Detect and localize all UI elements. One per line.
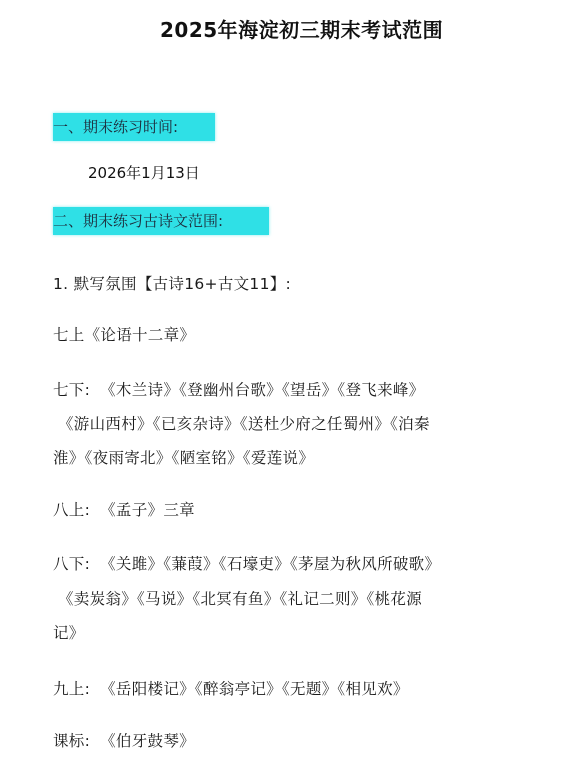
grade-label: 九上: [53, 680, 90, 698]
grade-8-second-term-line-2: 《卖炭翁》《马说》《北冥有鱼》《礼记二则》《桃花源 [58, 587, 422, 609]
exam-date: 2026年1月13日 [88, 162, 200, 183]
works-list: 《岳阳楼记》《醉翁亭记》《无题》《相见欢》 [100, 680, 409, 698]
grade-label: 七下: [53, 381, 90, 399]
works-list: 《关雎》《蒹葭》《石壕吏》《茅屋为秋风所破歌》 [100, 555, 440, 573]
grade-7-second-term-line-1: 七下:《木兰诗》《登幽州台歌》《望岳》《登飞来峰》 [53, 378, 424, 400]
works-list: 《木兰诗》《登幽州台歌》《望岳》《登飞来峰》 [100, 381, 424, 399]
grade-8-second-term-line-3: 记》 [53, 621, 85, 643]
grade-8-second-term-line-1: 八下:《关雎》《蒹葭》《石壕吏》《茅屋为秋风所破歌》 [53, 552, 440, 574]
grade-7-second-term-line-2: 《游山西村》《已亥杂诗》《送杜少府之任蜀州》《泊秦 [58, 412, 430, 434]
section-heading-classical-scope: 二、期末练习古诗文范围: [53, 207, 269, 235]
grade-9-first-term: 九上:《岳阳楼记》《醉翁亭记》《无题》《相见欢》 [53, 677, 409, 699]
works-list: 《伯牙鼓琴》 [100, 732, 195, 750]
works-list: 《孟子》三章 [100, 501, 195, 519]
memorization-label: 1. 默写氛围【古诗16+古文11】: [53, 272, 291, 294]
section-heading-exam-time: 一、期末练习时间: [53, 113, 215, 141]
grade-8-first-term: 八上:《孟子》三章 [53, 498, 195, 520]
grade-7-first-term: 七上《论语十二章》 [53, 323, 195, 345]
document-title: 2025年海淀初三期末考试范围 [160, 14, 480, 43]
grade-label: 八上: [53, 501, 90, 519]
grade-7-second-term-line-3: 淮》《夜雨寄北》《陋室铭》《爱莲说》 [53, 446, 314, 468]
curriculum-standard: 课标:《伯牙鼓琴》 [53, 729, 195, 751]
grade-label: 课标: [53, 732, 90, 750]
grade-label: 八下: [53, 555, 90, 573]
